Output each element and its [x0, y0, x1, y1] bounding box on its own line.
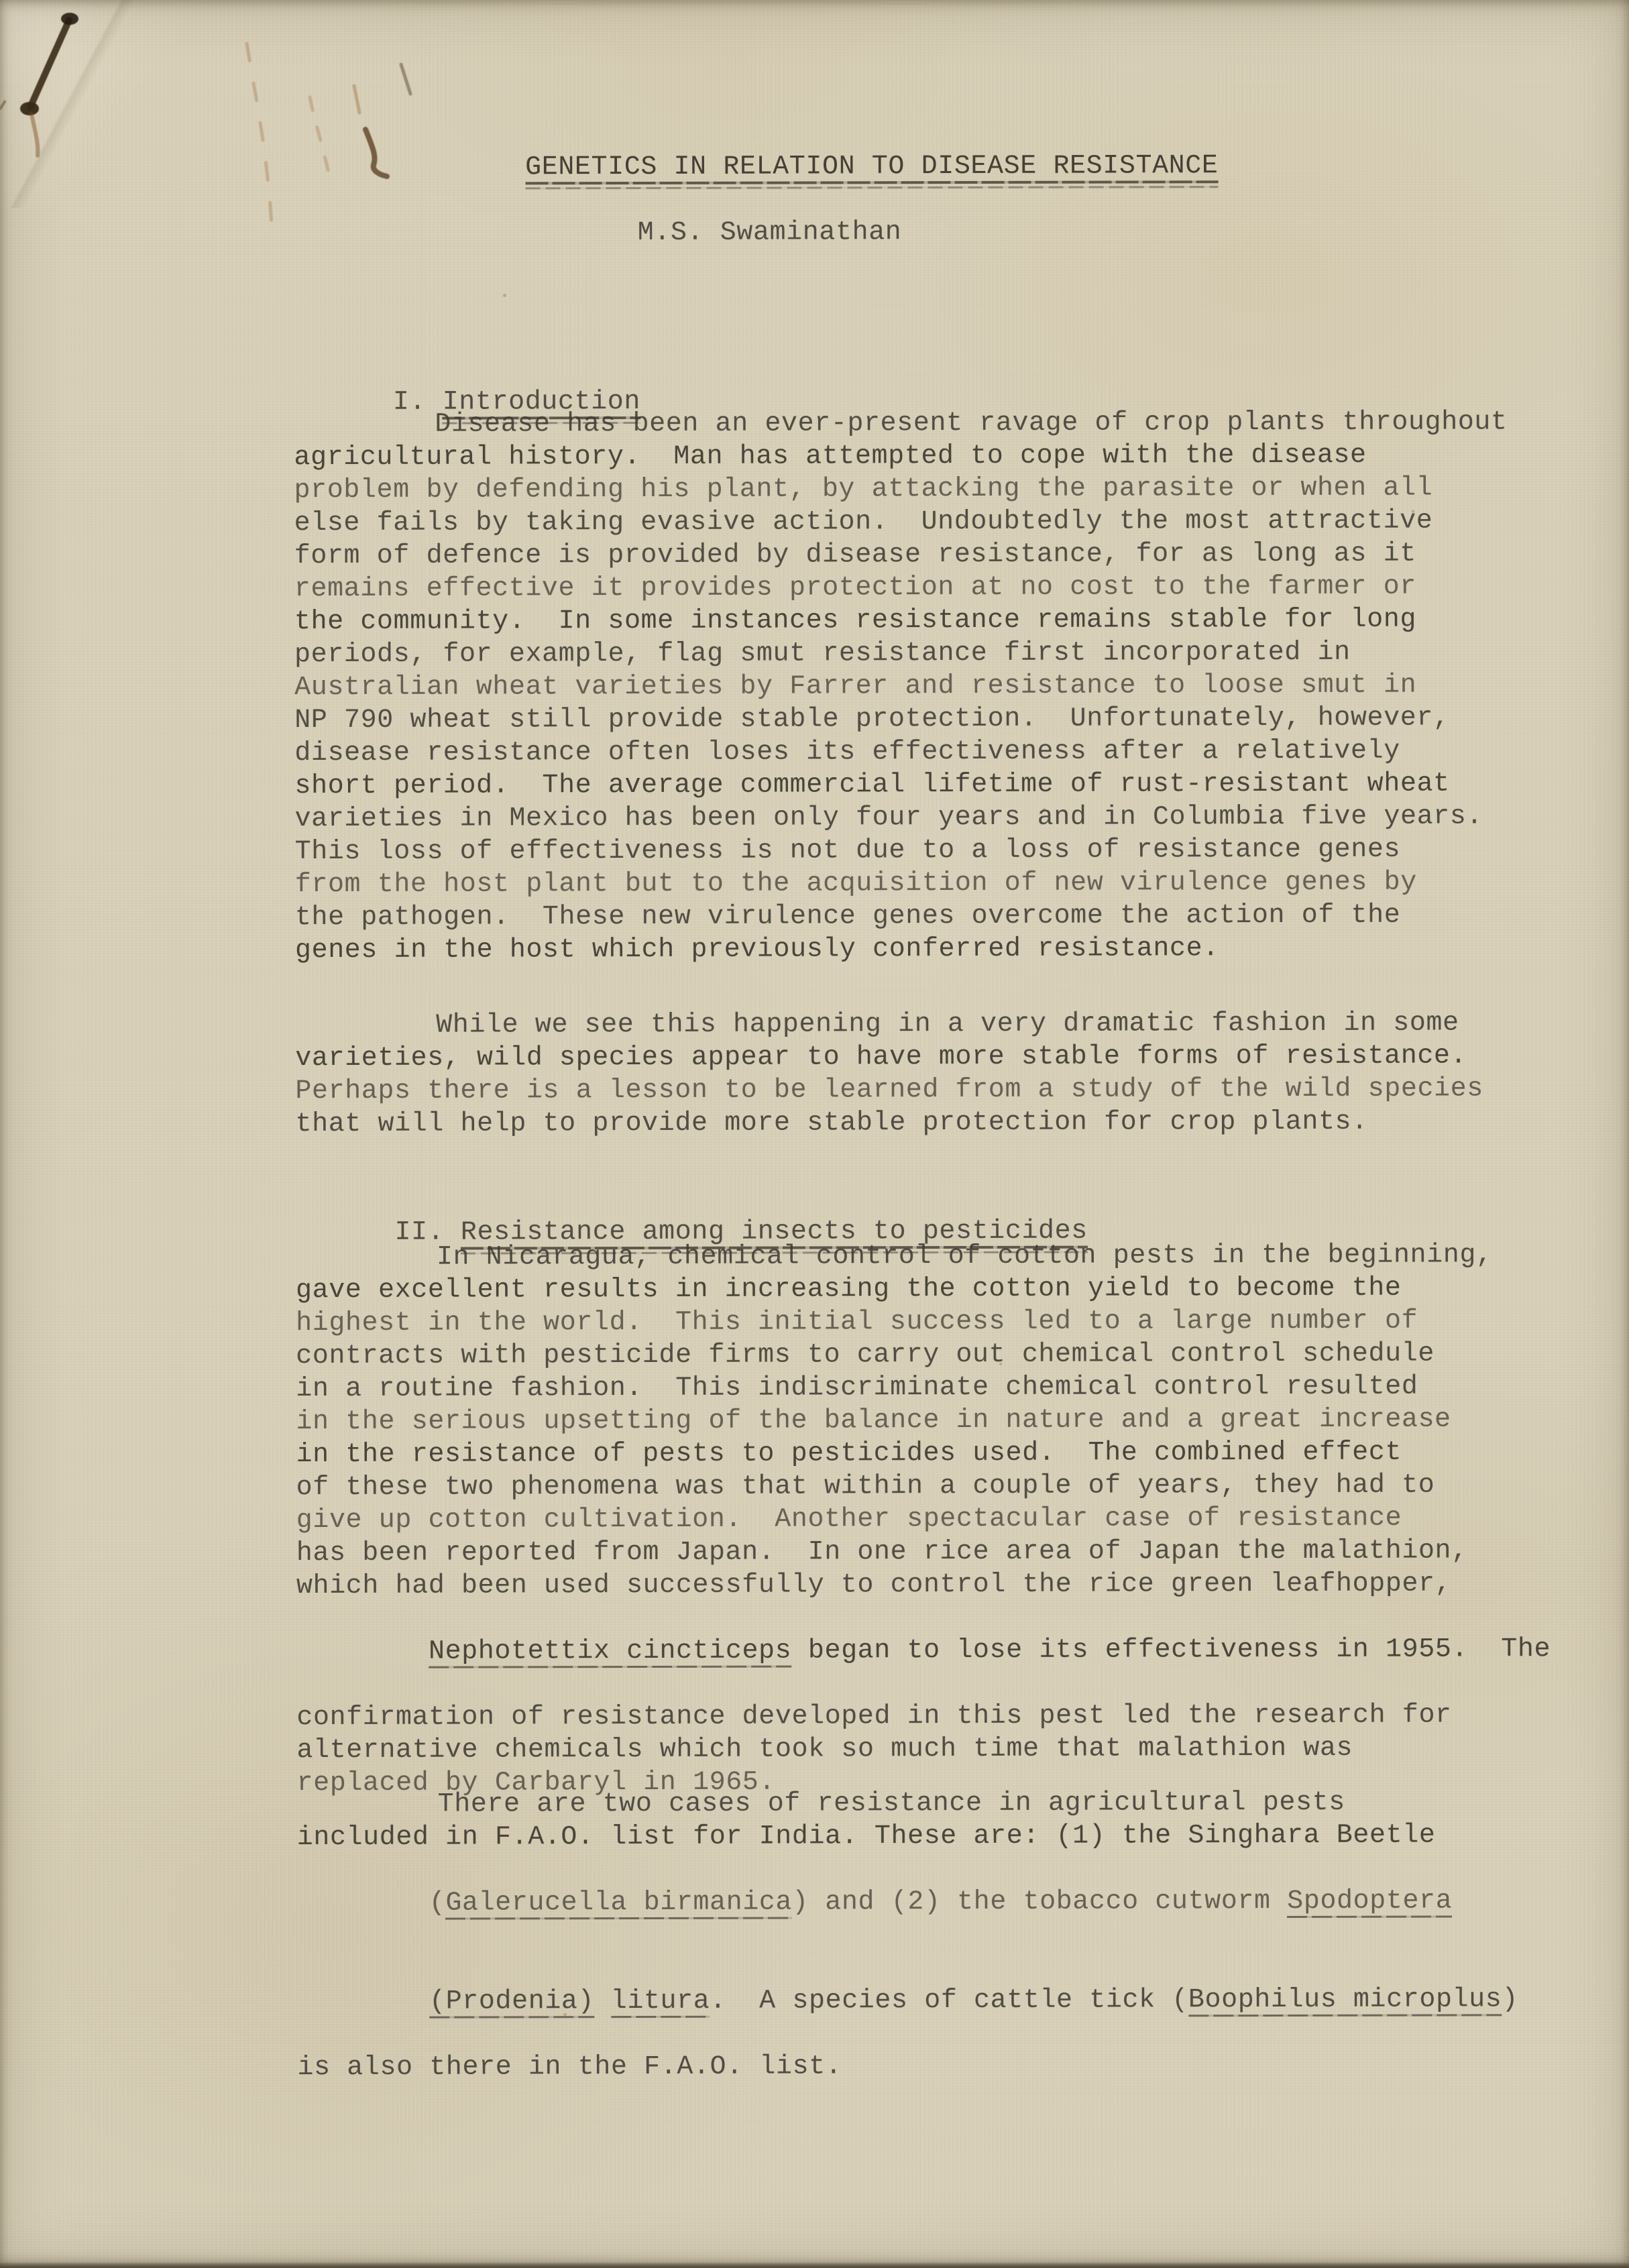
text-line: the community. In some instances resista…: [294, 603, 1508, 638]
author-name: M.S. Swaminathan: [638, 216, 902, 249]
text-segment: (: [429, 1888, 446, 1919]
paragraph-resistance-2: There are two cases of resistance in agr…: [297, 1786, 1519, 2084]
text-line: highest in the world. This initial succe…: [296, 1304, 1550, 1340]
scan-bottom-edge: [0, 2262, 1629, 2268]
text-line: in a routine fashion. This indiscriminat…: [296, 1370, 1550, 1406]
text-line: problem by defending his plant, by attac…: [294, 471, 1507, 507]
text-line: Nephotettix cincticeps began to lose its…: [296, 1600, 1551, 1701]
text-line: that will help to provide more stable pr…: [295, 1105, 1483, 1141]
document-title: GENETICS IN RELATION TO DISEASE RESISTAN…: [426, 117, 1218, 217]
text-line: give up cotton cultivation. Another spec…: [296, 1501, 1551, 1537]
text-line: This loss of effectiveness is not due to…: [295, 833, 1508, 868]
paragraph-resistance-1: In Nicaragua, chemical control of cotton…: [296, 1239, 1551, 1800]
text-line: short period. The average commercial lif…: [294, 767, 1508, 803]
text-line: (Galerucella birmanica) and (2) the toba…: [297, 1852, 1518, 1953]
text-line: (Prodenia) litura. A species of cattle t…: [297, 1950, 1518, 2051]
document-title-text: GENETICS IN RELATION TO DISEASE RESISTAN…: [525, 151, 1218, 189]
underlined-species-name: litura: [611, 1986, 710, 2018]
text-line: is also there in the F.A.O. list.: [297, 2049, 1518, 2084]
text-line: gave excellent results in increasing the…: [296, 1271, 1550, 1307]
text-line: in the resistance of pests to pesticides…: [296, 1436, 1550, 1471]
underlined-species-name: Spodoptera: [1287, 1886, 1452, 1918]
paragraph-introduction-1: Disease has been an ever-present ravage …: [294, 406, 1508, 967]
text-line: contracts with pesticide firms to carry …: [296, 1337, 1550, 1373]
text-segment: . A species of cattle tick (: [710, 1985, 1188, 2016]
underlined-species-name: Boophilus microplus: [1188, 1984, 1502, 2017]
text-line: which had been used successfully to cont…: [296, 1567, 1551, 1603]
text-line: alternative chemicals which took so much…: [296, 1732, 1551, 1767]
text-line: remains effective it provides protection…: [294, 570, 1508, 606]
text-line: of these two phenomena was that within a…: [296, 1469, 1551, 1504]
text-line: else fails by taking evasive action. Und…: [294, 504, 1508, 540]
text-line: form of defence is provided by disease r…: [294, 537, 1508, 573]
underlined-species-name: (Prodenia): [429, 1986, 594, 2019]
text-line: in the serious upsetting of the balance …: [296, 1403, 1550, 1438]
typewritten-text-layer: GENETICS IN RELATION TO DISEASE RESISTAN…: [0, 0, 1629, 2268]
text-line: the pathogen. These new virulence genes …: [295, 899, 1508, 934]
text-line: from the host plant but to the acquisiti…: [295, 866, 1508, 901]
text-line: Australian wheat varieties by Farrer and…: [294, 669, 1508, 704]
text-line: varieties in Mexico has been only four y…: [295, 800, 1508, 836]
text-line: agricultural history. Man has attempted …: [294, 439, 1507, 474]
scanned-typewritten-page: GENETICS IN RELATION TO DISEASE RESISTAN…: [0, 0, 1629, 2268]
text-line: confirmation of resistance developed in …: [296, 1699, 1551, 1734]
text-line: varieties, wild species appear to have m…: [295, 1039, 1483, 1075]
text-line: has been reported from Japan. In one ric…: [296, 1534, 1551, 1570]
text-line: In Nicaragua, chemical control of cotton…: [296, 1239, 1550, 1274]
paragraph-introduction-2: While we see this happening in a very dr…: [295, 1007, 1483, 1141]
text-line: genes in the host which previously confe…: [295, 931, 1508, 967]
text-line: disease resistance often loses its effec…: [294, 734, 1508, 770]
text-line: periods, for example, flag smut resistan…: [294, 636, 1508, 671]
text-line: While we see this happening in a very dr…: [295, 1007, 1483, 1042]
text-segment: ) and (2) the tobacco cutworm: [792, 1886, 1287, 1918]
text-segment: [594, 1986, 611, 2017]
text-line: included in F.A.O. list for India. These…: [297, 1819, 1518, 1854]
text-line: Perhaps there is a lesson to be learned …: [295, 1072, 1483, 1108]
text-segment: ): [1502, 1984, 1518, 2015]
text-segment: began to lose its effectiveness in 1955.…: [791, 1634, 1551, 1666]
text-line: There are two cases of resistance in agr…: [297, 1786, 1518, 1821]
text-line: Disease has been an ever-present ravage …: [294, 406, 1507, 441]
underlined-species-name: Galerucella birmanica: [445, 1888, 792, 1920]
underlined-species-name: Nephotettix cincticeps: [429, 1636, 791, 1668]
text-line: NP 790 wheat still provide stable protec…: [294, 701, 1508, 737]
